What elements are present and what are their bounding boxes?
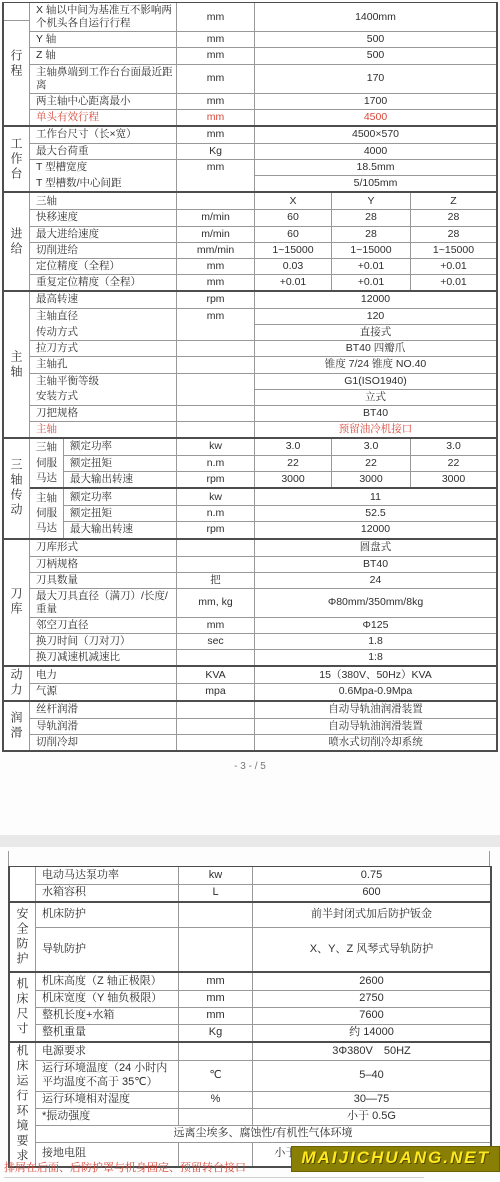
unit-cell: mm, kg: [176, 588, 254, 617]
value-cell-z: +0.01: [410, 258, 496, 274]
value-cell-x: +0.01: [254, 274, 331, 290]
value-cell: X、Y、Z 风琴式导轨防护: [252, 927, 490, 971]
unit-cell: mm: [178, 1007, 252, 1024]
value-cell-x: 3.0: [254, 439, 331, 455]
value-cell-y: 28: [331, 226, 410, 242]
value-cell: 1400mm: [254, 3, 496, 31]
value-cell: 1:8: [254, 649, 496, 665]
spec-table-page4: 电动马达泵功率kw0.75水箱容积L600安全防护机床防护前半封闭式加后防护钣金…: [8, 866, 492, 1168]
category-label: 机床运行环境要求: [10, 1043, 36, 1166]
category-label: 润滑: [4, 702, 30, 750]
table-row: 运行环境温度（24 小时内平均温度不高于 35℃）℃5–40: [36, 1060, 490, 1091]
value-cell-z: 22: [410, 455, 496, 471]
table-row: 额定扭矩n.m222222: [64, 455, 496, 471]
value-cell: 自动导轨油润滑装置: [254, 718, 496, 734]
spec-label-cell: 主轴孔: [30, 356, 176, 372]
unit-cell: [176, 405, 254, 421]
section-rows: 电动马达泵功率kw0.75水箱容积L600: [36, 867, 490, 901]
value-cell: Φ125: [254, 617, 496, 633]
unit-cell: sec: [176, 633, 254, 649]
table-row: 邻空刀直径mmΦ125: [30, 617, 496, 633]
spec-label-cell: 导轨防护: [36, 927, 178, 971]
unit-cell: [176, 175, 254, 191]
unit-cell: [176, 540, 254, 556]
table-row: 整机长度+水箱mm7600: [36, 1007, 490, 1024]
table-row: 机床高度（Z 轴正极限）mm2600: [36, 973, 490, 990]
section-rows: 电力KVA15（380V、50Hz）KVA气源mpa0.6Mpa-0.9Mpa: [30, 667, 496, 699]
table-row: T 型槽宽度mm18.5mm: [30, 159, 496, 175]
table-row: 工作台尺寸（长×宽）mm4500×570: [30, 127, 496, 143]
table-row: 主轴孔锥度 7/24 锥度 NO.40: [30, 356, 496, 372]
unit-cell: %: [178, 1091, 252, 1108]
spec-label-cell: 刀库形式: [30, 540, 176, 556]
value-cell: 120: [254, 308, 496, 324]
spec-label-cell: 水箱容积: [36, 884, 178, 901]
unit-cell: mm/min: [176, 242, 254, 258]
category-label-text: 机床运行环境要求: [14, 1044, 31, 1164]
category-label-text: 工作台: [8, 137, 25, 182]
unit-cell: mm: [176, 308, 254, 324]
category-label: 动力: [4, 667, 30, 699]
subcategory-line: 主轴: [36, 491, 57, 506]
table-row: 电动马达泵功率kw0.75: [36, 867, 490, 884]
value-cell: 500: [254, 47, 496, 63]
value-cell-y: 28: [331, 209, 410, 225]
table-row: 刀库形式圆盘式: [30, 540, 496, 556]
spec-label-cell: 换刀减速机减速比: [30, 649, 176, 665]
section-rows: 三轴XYZ快移速度m/min602828最大进给速度m/min602828切削进…: [30, 193, 496, 290]
unit-cell: mm: [176, 47, 254, 63]
section-rows: 机床高度（Z 轴正极限）mm2600机床宽度（Y 轴负极限）mm2750整机长度…: [36, 973, 490, 1041]
table-row: 整机重量Kg约 14000: [36, 1024, 490, 1041]
table-row: 水箱容积L600: [36, 884, 490, 901]
unit-cell: mm: [176, 258, 254, 274]
table-row: 最大台荷重Kg4000: [30, 143, 496, 159]
spec-table-page3: 行程X 轴以中间为基准互不影响两个机头各自运行行程mm1400mmY 轴mm50…: [2, 2, 498, 752]
table-row: T 型槽数/中心间距5/105mm: [30, 175, 496, 191]
value-cell: BT40: [254, 556, 496, 572]
value-cell: 24: [254, 572, 496, 588]
value-cell-z: 28: [410, 209, 496, 225]
unit-cell: Kg: [176, 143, 254, 159]
spec-label-cell: 两主轴中心距离最小: [30, 93, 176, 109]
table-row: 主轴鼻端到工作台台面最近距离mm170: [30, 64, 496, 93]
unit-cell: [178, 1108, 252, 1125]
unit-cell: mm: [178, 973, 252, 990]
value-cell-y: 3000: [331, 471, 410, 487]
spec-label-cell: 主轴: [30, 421, 176, 437]
spec-label-cell: 丝杆润滑: [30, 702, 176, 718]
value-cell: 喷水式切削冷却系统: [254, 734, 496, 750]
value-cell-z: 3.0: [410, 439, 496, 455]
spec-label-cell: 额定功率: [64, 439, 176, 455]
spec-document: 行程X 轴以中间为基准互不影响两个机头各自运行行程mm1400mmY 轴mm50…: [0, 0, 500, 1182]
spec-label-cell: *振动强度: [36, 1108, 178, 1125]
spec-label-cell: 切削进给: [30, 242, 176, 258]
table-section: 电动马达泵功率kw0.75水箱容积L600: [10, 867, 490, 901]
value-cell: 2600: [252, 973, 490, 990]
category-label-text: 润滑: [8, 711, 25, 741]
value-cell: 小于 0.5G: [252, 1108, 490, 1125]
category-label: 安全防护: [10, 903, 36, 971]
spec-label-cell: 电动马达泵功率: [36, 867, 178, 884]
unit-cell: mm: [176, 274, 254, 290]
value-cell: 0.75: [252, 867, 490, 884]
table-row: 机床宽度（Y 轴负极限）mm2750: [36, 990, 490, 1007]
unit-cell: [176, 356, 254, 372]
table-row: 三轴XYZ: [30, 193, 496, 209]
unit-cell: Kg: [178, 1024, 252, 1041]
table-section: 刀库刀库形式圆盘式刀柄规格BT40刀具数量把24最大刀具直径（满刀）/长度/重量…: [4, 538, 496, 666]
spec-label-cell: 机床防护: [36, 903, 178, 927]
section-rows: 最高转速rpm12000主轴直径mm120传动方式直接式拉刀方式BT40 四瓣爪…: [30, 292, 496, 437]
table-row: 额定功率kw11: [64, 489, 496, 505]
table-row: 主轴预留油冷机接口: [30, 421, 496, 437]
unit-cell: 把: [176, 572, 254, 588]
value-cell-x: 60: [254, 209, 331, 225]
value-cell: 7600: [252, 1007, 490, 1024]
table-row: 切削冷却喷水式切削冷却系统: [30, 734, 496, 750]
value-cell: 自动导轨油润滑装置: [254, 702, 496, 718]
table-row: 最大进给速度m/min602828: [30, 226, 496, 242]
spec-label-cell: 整机长度+水箱: [36, 1007, 178, 1024]
motor-group: 主轴伺服马达额定功率kw11额定扭矩n.m52.5最大输出转速rpm12000: [30, 487, 496, 537]
table-row: Z 轴mm500: [30, 47, 496, 63]
unit-cell: [176, 718, 254, 734]
category-label: 三轴传动: [4, 439, 30, 538]
value-cell: 170: [254, 64, 496, 93]
spec-label-cell: T 型槽数/中心间距: [30, 175, 176, 191]
value-cell-y: Y: [331, 193, 410, 209]
table-row: 导轨防护X、Y、Z 风琴式导轨防护: [36, 927, 490, 971]
value-cell-x: 3000: [254, 471, 331, 487]
spec-label-cell: 最大刀具直径（满刀）/长度/重量: [30, 588, 176, 617]
table-row: X 轴以中间为基准互不影响两个机头各自运行行程mm1400mm: [30, 3, 496, 31]
value-cell: 4500×570: [254, 127, 496, 143]
unit-cell: [178, 903, 252, 927]
unit-cell: mm: [176, 31, 254, 47]
value-cell: 前半封闭式加后防护钣金: [252, 903, 490, 927]
section-rows: 三轴伺服马达额定功率kw3.03.03.0额定扭矩n.m222222最大输出转速…: [30, 439, 496, 538]
table-row: 电源要求3Φ380V 50HZ: [36, 1043, 490, 1060]
group-rows: 额定功率kw3.03.03.0额定扭矩n.m222222最大输出转速rpm300…: [64, 439, 496, 487]
table-row: 切削进给mm/min1~150001~150001~15000: [30, 242, 496, 258]
table-row: 电力KVA15（380V、50Hz）KVA: [30, 667, 496, 683]
table-row: 两主轴中心距离最小mm1700: [30, 93, 496, 109]
value-cell-y: 1~15000: [331, 242, 410, 258]
value-cell: 直接式: [254, 324, 496, 340]
value-cell-x: 22: [254, 455, 331, 471]
unit-cell: mm: [176, 3, 254, 31]
spec-label-cell: 最大输出转速: [64, 471, 176, 487]
table-section: 进给三轴XYZ快移速度m/min602828最大进给速度m/min602828切…: [4, 191, 496, 290]
value-cell: 30—75: [252, 1091, 490, 1108]
value-cell: 5/105mm: [254, 175, 496, 191]
unit-cell: ℃: [178, 1060, 252, 1091]
merged-note-cell: 远离尘埃多、腐蚀性/有机性气体环境: [36, 1125, 490, 1142]
table-row: Y 轴mm500: [30, 31, 496, 47]
spec-label-cell: 定位精度（全程）: [30, 258, 176, 274]
section-rows: 刀库形式圆盘式刀柄规格BT40刀具数量把24最大刀具直径（满刀）/长度/重量mm…: [30, 540, 496, 666]
table-section: 工作台工作台尺寸（长×宽）mm4500×570最大台荷重Kg4000T 型槽宽度…: [4, 125, 496, 191]
category-label-text: 三轴传动: [8, 458, 25, 518]
spec-label-cell: 额定功率: [64, 489, 176, 505]
spec-label-cell: 主轴平衡等级: [30, 373, 176, 389]
value-cell: 约 14000: [252, 1024, 490, 1041]
table-row: 换刀时间（刀对刀）sec1.8: [30, 633, 496, 649]
value-cell: 12000: [254, 292, 496, 308]
spec-label-cell: 刀具数量: [30, 572, 176, 588]
value-cell: 1.8: [254, 633, 496, 649]
value-cell-z: 3000: [410, 471, 496, 487]
category-label-text: 进给: [8, 227, 25, 257]
section-rows: 丝杆润滑自动导轨油润滑装置导轨润滑自动导轨油润滑装置切削冷却喷水式切削冷却系统: [30, 702, 496, 750]
spec-label-cell: 最高转速: [30, 292, 176, 308]
table-row: 运行环境相对湿度%30—75: [36, 1091, 490, 1108]
table-section: 行程X 轴以中间为基准互不影响两个机头各自运行行程mm1400mmY 轴mm50…: [4, 3, 496, 125]
value-cell: 600: [252, 884, 490, 901]
section-rows: X 轴以中间为基准互不影响两个机头各自运行行程mm1400mmY 轴mm500Z…: [30, 3, 496, 125]
table-row: 安装方式立式: [30, 389, 496, 405]
table-row: 丝杆润滑自动导轨油润滑装置: [30, 702, 496, 718]
subcategory-line: 马达: [36, 471, 57, 486]
spec-label-cell: 重复定位精度（全程）: [30, 274, 176, 290]
category-label: 工作台: [4, 127, 30, 191]
subcategory-label: 主轴伺服马达: [30, 489, 64, 537]
spec-label-cell: 电源要求: [36, 1043, 178, 1060]
margin-tick-left: [8, 851, 9, 866]
spec-label-cell: 主轴鼻端到工作台台面最近距离: [30, 64, 176, 93]
value-cell-y: 3.0: [331, 439, 410, 455]
value-cell: 预留油冷机接口: [254, 421, 496, 437]
watermark-badge: MAIJICHUANG.NET: [291, 1146, 500, 1172]
spec-label-cell: T 型槽宽度: [30, 159, 176, 175]
value-cell: 4000: [254, 143, 496, 159]
unit-cell: [176, 734, 254, 750]
unit-cell: n.m: [176, 505, 254, 521]
subcategory-line: 伺服: [36, 506, 57, 521]
value-cell-z: 1~15000: [410, 242, 496, 258]
category-label: 主轴: [4, 292, 30, 437]
spec-label-cell: 主轴直径: [30, 308, 176, 324]
unit-cell: [176, 421, 254, 437]
unit-cell: m/min: [176, 226, 254, 242]
spec-label-cell: 气源: [30, 683, 176, 699]
value-cell: 立式: [254, 389, 496, 405]
spec-label-cell: 额定扭矩: [64, 505, 176, 521]
table-row: 拉刀方式BT40 四瓣爪: [30, 340, 496, 356]
table-row: 额定扭矩n.m52.5: [64, 505, 496, 521]
value-cell: 4500: [254, 109, 496, 125]
spec-label-cell: 最大台荷重: [30, 143, 176, 159]
value-cell-y: +0.01: [331, 258, 410, 274]
spec-label-cell: 工作台尺寸（长×宽）: [30, 127, 176, 143]
table-row: 导轨润滑自动导轨油润滑装置: [30, 718, 496, 734]
spec-label-cell: Z 轴: [30, 47, 176, 63]
unit-cell: [176, 193, 254, 209]
table-section: 动力电力KVA15（380V、50Hz）KVA气源mpa0.6Mpa-0.9Mp…: [4, 665, 496, 699]
table-section: 主轴最高转速rpm12000主轴直径mm120传动方式直接式拉刀方式BT40 四…: [4, 290, 496, 437]
table-row: 刀柄规格BT40: [30, 556, 496, 572]
unit-cell: [176, 324, 254, 340]
unit-cell: mm: [178, 990, 252, 1007]
table-row: 机床防护前半封闭式加后防护钣金: [36, 903, 490, 927]
section-rows: 机床防护前半封闭式加后防护钣金导轨防护X、Y、Z 风琴式导轨防护: [36, 903, 490, 971]
subcategory-line: 马达: [36, 521, 57, 536]
value-cell: 3Φ380V 50HZ: [252, 1043, 490, 1060]
spec-label-cell: 最大输出转速: [64, 521, 176, 537]
category-label: 机床尺寸: [10, 973, 36, 1041]
table-row: 刀把规格BT40: [30, 405, 496, 421]
unit-cell: kw: [176, 489, 254, 505]
spec-label-cell: Y 轴: [30, 31, 176, 47]
spec-label-cell: 机床宽度（Y 轴负极限）: [36, 990, 178, 1007]
unit-cell: mm: [176, 64, 254, 93]
category-label: 进给: [4, 193, 30, 290]
value-cell: BT40: [254, 405, 496, 421]
value-cell-y: 22: [331, 455, 410, 471]
spec-label-cell: 拉刀方式: [30, 340, 176, 356]
spec-label-cell: 邻空刀直径: [30, 617, 176, 633]
category-label-text: 动力: [8, 668, 25, 698]
category-label: 行程: [4, 3, 30, 125]
value-cell: 锥度 7/24 锥度 NO.40: [254, 356, 496, 372]
spec-label-cell: 机床高度（Z 轴正极限）: [36, 973, 178, 990]
category-label-text: 行程: [8, 49, 25, 79]
table-row: 主轴平衡等级G1(ISO1940): [30, 373, 496, 389]
value-cell-z: 28: [410, 226, 496, 242]
table-row: 定位精度（全程）mm0.03+0.01+0.01: [30, 258, 496, 274]
table-row: 远离尘埃多、腐蚀性/有机性气体环境: [36, 1125, 490, 1142]
unit-cell: kw: [178, 867, 252, 884]
page-break-gap: [0, 835, 500, 847]
value-cell-x: 60: [254, 226, 331, 242]
table-row: 单头有效行程mm4500: [30, 109, 496, 125]
unit-cell: rpm: [176, 471, 254, 487]
category-label-text: 机床尺寸: [14, 977, 31, 1037]
table-row: 刀具数量把24: [30, 572, 496, 588]
spec-label-cell: 刀柄规格: [30, 556, 176, 572]
value-cell-z: +0.01: [410, 274, 496, 290]
motor-group: 三轴伺服马达额定功率kw3.03.03.0额定扭矩n.m222222最大输出转速…: [30, 439, 496, 487]
table-section: 安全防护机床防护前半封闭式加后防护钣金导轨防护X、Y、Z 风琴式导轨防护: [10, 901, 490, 971]
table-row: 换刀减速机减速比1:8: [30, 649, 496, 665]
table-row: 额定功率kw3.03.03.0: [64, 439, 496, 455]
unit-cell: mm: [176, 159, 254, 175]
value-cell: 500: [254, 31, 496, 47]
unit-cell: [176, 649, 254, 665]
table-section: 机床尺寸机床高度（Z 轴正极限）mm2600机床宽度（Y 轴负极限）mm2750…: [10, 971, 490, 1041]
value-cell: 11: [254, 489, 496, 505]
unit-cell: [176, 556, 254, 572]
value-cell: 1700: [254, 93, 496, 109]
value-cell: 圆盘式: [254, 540, 496, 556]
unit-cell: n.m: [176, 455, 254, 471]
unit-cell: kw: [176, 439, 254, 455]
table-row: 传动方式直接式: [30, 324, 496, 340]
spec-label-cell: 整机重量: [36, 1024, 178, 1041]
table-row: 主轴直径mm120: [30, 308, 496, 324]
table-section: 三轴传动三轴伺服马达额定功率kw3.03.03.0额定扭矩n.m222222最大…: [4, 437, 496, 538]
unit-cell: [178, 1043, 252, 1060]
unit-cell: KVA: [176, 667, 254, 683]
spec-label-cell: 换刀时间（刀对刀）: [30, 633, 176, 649]
subcategory-line: 伺服: [36, 456, 57, 471]
table-row: 最大刀具直径（满刀）/长度/重量mm, kgΦ80mm/350mm/8kg: [30, 588, 496, 617]
table-row: 最大输出转速rpm12000: [64, 521, 496, 537]
spec-label-cell: 运行环境温度（24 小时内平均温度不高于 35℃）: [36, 1060, 178, 1091]
table-row: 重复定位精度（全程）mm+0.01+0.01+0.01: [30, 274, 496, 290]
spec-label-cell: 单头有效行程: [30, 109, 176, 125]
value-cell: 12000: [254, 521, 496, 537]
value-cell: BT40 四瓣爪: [254, 340, 496, 356]
unit-cell: rpm: [176, 292, 254, 308]
page-margin-marks: [8, 848, 492, 866]
unit-cell: mm: [176, 93, 254, 109]
category-label: [10, 867, 36, 901]
unit-cell: rpm: [176, 521, 254, 537]
category-label-text: 刀库: [8, 587, 25, 617]
unit-cell: mm: [176, 617, 254, 633]
spec-label-cell: 切削冷却: [30, 734, 176, 750]
value-cell: 2750: [252, 990, 490, 1007]
unit-cell: m/min: [176, 209, 254, 225]
value-cell-z: Z: [410, 193, 496, 209]
spec-label-cell: 额定扭矩: [64, 455, 176, 471]
unit-cell: [176, 373, 254, 389]
value-cell: G1(ISO1940): [254, 373, 496, 389]
value-cell-x: 1~15000: [254, 242, 331, 258]
margin-tick-right: [489, 851, 490, 866]
spec-label-cell: 最大进给速度: [30, 226, 176, 242]
table-row: 最高转速rpm12000: [30, 292, 496, 308]
unit-cell: L: [178, 884, 252, 901]
group-rows: 额定功率kw11额定扭矩n.m52.5最大输出转速rpm12000: [64, 489, 496, 537]
section-rows: 工作台尺寸（长×宽）mm4500×570最大台荷重Kg4000T 型槽宽度mm1…: [30, 127, 496, 191]
spec-label-cell: 运行环境相对湿度: [36, 1091, 178, 1108]
spec-label-cell: 安装方式: [30, 389, 176, 405]
value-cell: 15（380V、50Hz）KVA: [254, 667, 496, 683]
subcategory-label: 三轴伺服马达: [30, 439, 64, 487]
value-cell: 0.6Mpa-0.9Mpa: [254, 683, 496, 699]
value-cell: 18.5mm: [254, 159, 496, 175]
unit-cell: [176, 389, 254, 405]
category-label-text: 主轴: [8, 350, 25, 380]
value-cell: Φ80mm/350mm/8kg: [254, 588, 496, 617]
unit-cell: [178, 927, 252, 971]
value-cell-x: 0.03: [254, 258, 331, 274]
unit-cell: mm: [176, 109, 254, 125]
table-section: 润滑丝杆润滑自动导轨油润滑装置导轨润滑自动导轨油润滑装置切削冷却喷水式切削冷却系…: [4, 700, 496, 750]
table-row: 气源mpa0.6Mpa-0.9Mpa: [30, 683, 496, 699]
spec-label-cell: 快移速度: [30, 209, 176, 225]
unit-cell: [176, 702, 254, 718]
unit-cell: mpa: [176, 683, 254, 699]
subcategory-line: 三轴: [36, 440, 57, 455]
page-4: 电动马达泵功率kw0.75水箱容积L600安全防护机床防护前半封闭式加后防护钣金…: [8, 848, 492, 1168]
spec-label-cell: 电力: [30, 667, 176, 683]
table-row: *振动强度小于 0.5G: [36, 1108, 490, 1125]
table-row: 最大输出转速rpm300030003000: [64, 471, 496, 487]
page-3: 行程X 轴以中间为基准互不影响两个机头各自运行行程mm1400mmY 轴mm50…: [2, 2, 498, 772]
table-row: 快移速度m/min602828: [30, 209, 496, 225]
value-cell: 52.5: [254, 505, 496, 521]
unit-cell: mm: [176, 127, 254, 143]
value-cell-y: +0.01: [331, 274, 410, 290]
spec-label-cell: 传动方式: [30, 324, 176, 340]
category-label: 刀库: [4, 540, 30, 666]
spec-label-cell: 刀把规格: [30, 405, 176, 421]
